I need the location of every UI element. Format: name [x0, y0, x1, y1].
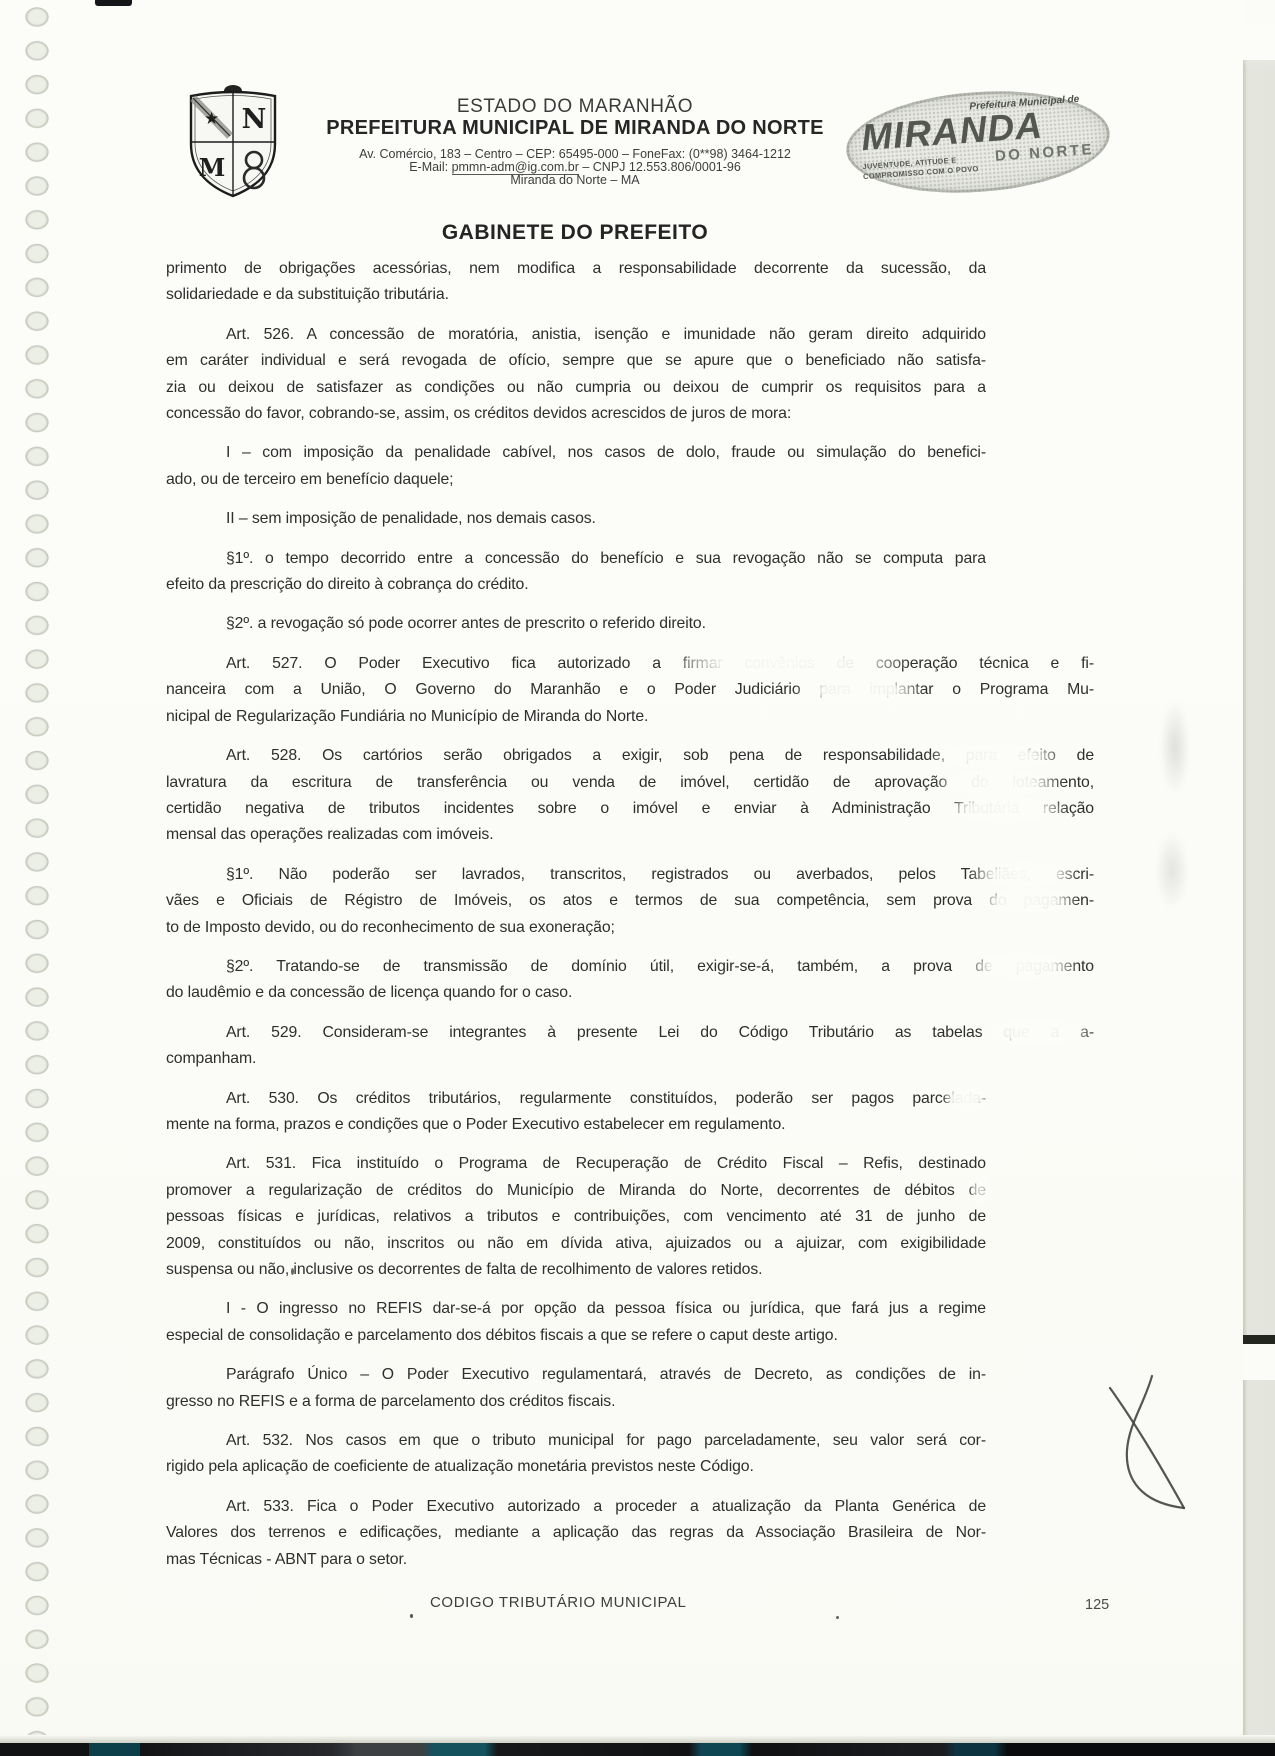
text-line: lavratura da escritura de transferência …	[166, 770, 1094, 796]
underlying-pages-edge	[1243, 60, 1275, 1742]
email-label: E-Mail:	[409, 160, 451, 174]
text-line: certidão negativa de tributos incidentes…	[166, 796, 1094, 822]
crest-letter-m: M	[199, 153, 226, 182]
paragraph: I - O ingresso no REFIS dar-se-á por opç…	[166, 1296, 986, 1349]
text-line: primento de obrigações acessórias, nem m…	[166, 256, 986, 282]
text-line: nicipal de Regularização Fundiária no Mu…	[166, 704, 1094, 730]
paragraph: II – sem imposição de penalidade, nos de…	[166, 506, 986, 532]
text-line: especial de consolidação e parcelamento …	[166, 1323, 986, 1349]
paragraph: I – com imposição da penalidade cabível,…	[166, 440, 986, 493]
text-line: to de Imposto devido, ou do reconhecimen…	[166, 915, 1094, 941]
page-edge-white-gap	[1243, 1344, 1275, 1380]
text-line: Parágrafo Único – O Poder Executivo regu…	[166, 1362, 986, 1388]
document-body: primento de obrigações acessórias, nem m…	[166, 256, 1094, 1586]
paragraph: Art. 527. O Poder Executivo fica autoriz…	[166, 651, 1094, 730]
text-line: ado, ou de terceiro em benefício daquele…	[166, 467, 986, 493]
scanned-document-page: ★ N M ESTADO DO MARANHÃO PREFEITURA MUNI…	[0, 0, 1275, 1756]
text-line: mas Técnicas - ABNT para o setor.	[166, 1547, 986, 1573]
text-line: Art. 526. A concessão de moratória, anis…	[166, 322, 986, 348]
header-address-line: Av. Comércio, 183 – Centro – CEP: 65495-…	[250, 147, 900, 161]
paragraph: Art. 528. Os cartórios serão obrigados a…	[166, 743, 1094, 849]
text-line: solidariedade e da substituição tributár…	[166, 282, 986, 308]
coat-of-arms-icon: ★ N M	[183, 84, 283, 200]
page-number: 125	[1085, 1597, 1109, 1613]
cnpj-number: – CNPJ 12.553.806/0001-96	[579, 160, 741, 174]
text-line: Art. 530. Os créditos tributários, regul…	[166, 1086, 986, 1112]
scan-speck	[291, 1268, 294, 1275]
scan-smudge	[1155, 830, 1189, 910]
text-line: §1º. o tempo decorrido entre a concessão…	[166, 546, 986, 572]
text-line: pessoas físicas e jurídicas, relativos a…	[166, 1204, 986, 1230]
paragraph: §2º. a revogação só pode ocorrer antes d…	[166, 611, 986, 637]
paragraph: primento de obrigações acessórias, nem m…	[166, 256, 986, 309]
scan-speck	[836, 1616, 839, 1619]
page-bottom-edge	[0, 1735, 1275, 1743]
text-line: mente na forma, prazos e condições que o…	[166, 1112, 986, 1138]
page-title: GABINETE DO PREFEITO	[250, 221, 900, 245]
text-line: companham.	[166, 1046, 1094, 1072]
text-line: Valores dos terrenos e edificações, medi…	[166, 1520, 986, 1546]
paragraph: §1º. Não poderão ser lavrados, transcrit…	[166, 862, 1094, 941]
header-city-line: Miranda do Norte – MA	[250, 173, 900, 187]
text-line: gresso no REFIS e a forma de parcelament…	[166, 1389, 986, 1415]
text-line: Art. 533. Fica o Poder Executivo autoriz…	[166, 1494, 986, 1520]
handwritten-pen-mark	[1096, 1372, 1198, 1525]
pen-x-mark-icon	[1096, 1372, 1198, 1520]
municipal-coat-of-arms: ★ N M	[183, 84, 283, 205]
text-line: zia ou deixou de satisfazer as condições…	[166, 375, 986, 401]
text-line: 2009, constituídos ou não, inscritos ou …	[166, 1231, 986, 1257]
paragraph: Art. 526. A concessão de moratória, anis…	[166, 322, 986, 428]
paragraph: Art. 530. Os créditos tributários, regul…	[166, 1086, 986, 1139]
text-line: §2º. a revogação só pode ocorrer antes d…	[166, 611, 986, 637]
text-line: §1º. Não poderão ser lavrados, transcrit…	[166, 862, 1094, 888]
text-line: mensal das operações realizadas com imóv…	[166, 822, 1094, 848]
text-line: concessão do favor, cobrando-se, assim, …	[166, 401, 986, 427]
page-edge-dark-band	[1243, 1335, 1275, 1344]
paragraph: Art. 531. Fica instituído o Programa de …	[166, 1151, 986, 1283]
text-line: rigido pela aplicação de coeficiente de …	[166, 1454, 986, 1480]
text-line: nanceira com a União, O Governo do Maran…	[166, 677, 1094, 703]
footer-document-title: CODIGO TRIBUTÁRIO MUNICIPAL	[430, 1594, 687, 1611]
scan-smudge	[1160, 700, 1190, 795]
paragraph: Art. 532. Nos casos em que o tributo mun…	[166, 1428, 986, 1481]
text-line: efeito da prescrição do direito à cobran…	[166, 572, 986, 598]
text-line: §2º. Tratando-se de transmissão de domín…	[166, 954, 1094, 980]
paragraph: Art. 529. Consideram-se integrantes à pr…	[166, 1020, 1094, 1073]
scan-speck	[410, 1614, 413, 1618]
binder-holes	[0, 0, 62, 1742]
paragraph: §1º. o tempo decorrido entre a concessão…	[166, 546, 986, 599]
text-line: Art. 532. Nos casos em que o tributo mun…	[166, 1428, 986, 1454]
text-line: em caráter individual e será revogada de…	[166, 348, 986, 374]
logo-slogan-text: JUVENTUDE, ATITUDE E COMPROMISSO COM O P…	[862, 154, 979, 182]
text-line: I – com imposição da penalidade cabível,…	[166, 440, 986, 466]
text-line: Art. 528. Os cartórios serão obrigados a…	[166, 743, 1094, 769]
text-line: Art. 531. Fica instituído o Programa de …	[166, 1151, 986, 1177]
edge-fade	[1243, 0, 1275, 70]
paragraph: Art. 533. Fica o Poder Executivo autoriz…	[166, 1494, 986, 1573]
paragraph: §2º. Tratando-se de transmissão de domín…	[166, 954, 1094, 1007]
paragraph: Parágrafo Único – O Poder Executivo regu…	[166, 1362, 986, 1415]
crest-letter-n: N	[242, 104, 267, 135]
text-line: Art. 527. O Poder Executivo fica autoriz…	[166, 651, 1094, 677]
scan-corner-mark	[95, 0, 132, 6]
header-municipality-name: PREFEITURA MUNICIPAL DE MIRANDA DO NORTE	[250, 117, 900, 140]
crest-star: ★	[204, 109, 219, 129]
header-contact-line: E-Mail: pmmn-adm@ig.com.br – CNPJ 12.553…	[250, 160, 900, 174]
text-line: suspensa ou não, inclusive os decorrente…	[166, 1257, 986, 1283]
scanner-bed-strip	[0, 1743, 1275, 1756]
text-line: II – sem imposição de penalidade, nos de…	[166, 506, 986, 532]
text-line: do laudêmio e da concessão de licença qu…	[166, 980, 1094, 1006]
header-state-name: ESTADO DO MARANHÃO	[250, 96, 900, 118]
text-line: I - O ingresso no REFIS dar-se-á por opç…	[166, 1296, 986, 1322]
text-line: vães e Oficiais de Régistro de Imóveis, …	[166, 888, 1094, 914]
text-line: promover a regularização de créditos do …	[166, 1178, 986, 1204]
text-line: Art. 529. Consideram-se integrantes à pr…	[166, 1020, 1094, 1046]
